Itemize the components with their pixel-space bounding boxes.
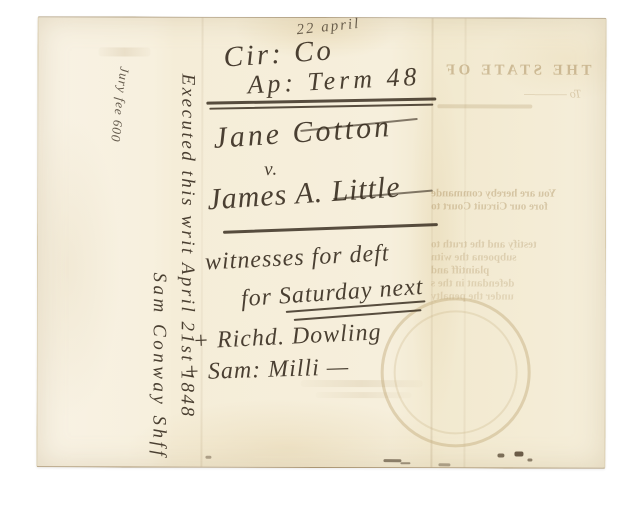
ink-speck xyxy=(527,459,532,462)
ink-speck xyxy=(205,456,211,459)
handwritten-plaintiff: Jane Cotton xyxy=(212,111,393,154)
ink-speck xyxy=(514,452,523,457)
ink-speck xyxy=(383,459,401,462)
bleedthrough-smudge xyxy=(98,47,150,56)
bleedthrough-rule xyxy=(437,104,532,108)
handwritten-memo-line1: witnesses for deft xyxy=(204,241,390,275)
bleedthrough-salutation: To ———— xyxy=(469,86,581,101)
caption-rule xyxy=(223,223,438,234)
handwritten-witness-1: + Richd. Dowling xyxy=(192,320,382,355)
ink-speck xyxy=(497,453,504,457)
bleedthrough-body-line: You are hereby commande xyxy=(431,187,597,199)
handwritten-versus: v. xyxy=(264,160,279,181)
bleedthrough-heading: THE STATE OF xyxy=(429,62,591,79)
document-paper: THE STATE OF To ———— You are hereby comm… xyxy=(36,16,606,468)
bleedthrough-body-line: fore our Circuit Court to xyxy=(431,200,597,212)
scanned-document: THE STATE OF To ———— You are hereby comm… xyxy=(0,0,640,509)
ink-speck xyxy=(438,463,450,466)
bleedthrough-body: You are hereby commande fore our Circuit… xyxy=(431,187,597,302)
fold-crease-left xyxy=(200,18,203,467)
embossed-seal-inner-ring xyxy=(393,310,517,434)
handwritten-sheriff-return-line2: Sam Conway Shff xyxy=(148,273,168,460)
handwritten-fee-note: Jury fee 600 xyxy=(108,66,131,143)
handwritten-term: Ap: Term 48 xyxy=(247,63,421,99)
double-rule-bottom xyxy=(209,104,433,110)
bleedthrough-smudge xyxy=(316,392,412,398)
bleedthrough-body-line: subpoena the witn xyxy=(431,251,597,263)
handwritten-sheriff-return-line1: Executed this writ April 21st 1848 xyxy=(177,74,198,419)
embossed-seal-ring xyxy=(380,297,530,447)
ink-speck xyxy=(400,462,410,464)
bleedthrough-body-line: plaintiff and xyxy=(431,264,597,276)
bleedthrough-body-line: testify and the truth to xyxy=(431,238,597,250)
bleedthrough-body-line: defendant in the s xyxy=(431,277,597,289)
handwritten-witness-2: + Sam: Milli — xyxy=(183,355,349,386)
